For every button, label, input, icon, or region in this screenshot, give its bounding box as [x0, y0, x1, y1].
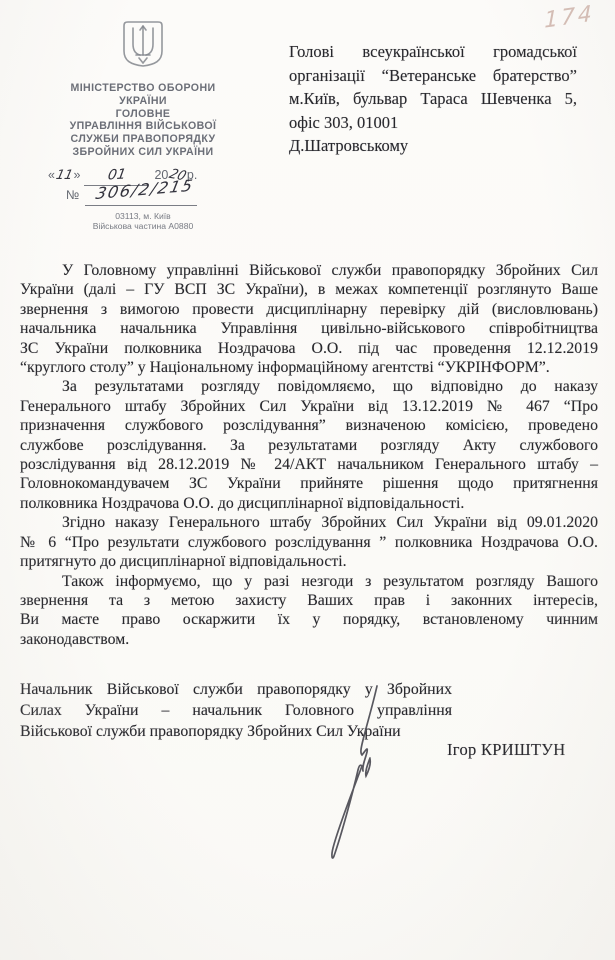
ministry-stamp: МІНІСТЕРСТВО ОБОРОНИУКРАЇНИГОЛОВНЕУПРАВЛ…: [36, 20, 250, 232]
signoff-name: Ігор КРИШТУН: [447, 740, 566, 760]
text-line: Голові всеукраїнської громадської: [289, 40, 577, 64]
text-line: звернення з вимогою провести дисциплінар…: [20, 300, 598, 319]
text-line: Згідно наказу Генерального штабу Збройни…: [20, 513, 598, 532]
text-line: Д.Шатровському: [289, 134, 577, 158]
stamp-footer: 03113, м. КиївВійськова частина А0880: [36, 211, 250, 232]
text-line: УКРАЇНИ: [36, 95, 250, 108]
stamp-org-lines: МІНІСТЕРСТВО ОБОРОНИУКРАЇНИГОЛОВНЕУПРАВЛ…: [36, 82, 250, 159]
text-line: офіс 303, 01001: [289, 111, 577, 135]
body-paragraph-1: У Головному управлінні Військової служби…: [20, 261, 598, 377]
text-line: м.Київ, бульвар Тараса Шевченка 5,: [289, 87, 577, 111]
date-quote-close: »: [74, 168, 81, 182]
date-quote-open: «: [48, 168, 55, 182]
text-line: № 6 “Про результати службового розслідув…: [20, 533, 598, 552]
text-line: Силах України – начальник Головного упра…: [20, 700, 452, 721]
text-line: Ви маєте право оскаржити їх у порядку, в…: [20, 610, 598, 629]
text-line: УПРАВЛІННЯ ВІЙСЬКОВОЇ: [36, 120, 250, 133]
text-line: За результатами розгляду повідомляємо, щ…: [20, 377, 598, 396]
addressee-block: Голові всеукраїнської громадськоїорганіз…: [289, 40, 577, 158]
text-line: “круглого столу” у Національному інформа…: [20, 358, 598, 377]
text-line: ЗС України полковника Ноздрачова О.О. пі…: [20, 339, 598, 358]
text-line: Військова частина А0880: [36, 221, 250, 232]
text-line: звернення та з метою захисту Ваших прав …: [20, 591, 598, 610]
stamp-number-line: №306/2/215: [36, 184, 250, 206]
text-line: начальника начальника Управління цивільн…: [20, 319, 598, 338]
text-line: Також інформуємо, що у разі незгоди з ре…: [20, 572, 598, 591]
text-line: полковника Ноздрачова О.О. до дисципліна…: [20, 494, 598, 513]
text-line: Начальник Військової служби правопорядку…: [20, 679, 452, 700]
text-line: службове розслідування. За результатами …: [20, 436, 598, 455]
handwritten-day: 11: [54, 166, 75, 186]
number-sign: №: [66, 188, 79, 202]
signoff-position: Начальник Військової служби правопорядку…: [20, 679, 452, 742]
text-line: організації “Ветеранське братерство”: [289, 64, 577, 88]
pencil-page-number: 174: [544, 1, 595, 33]
body-paragraph-2: За результатами розгляду повідомляємо, щ…: [20, 377, 598, 513]
ukraine-trident-icon: [122, 20, 164, 68]
text-line: законодавством.: [20, 630, 598, 649]
text-line: Генерального штабу Збройних Сил України …: [20, 397, 598, 416]
text-line: розслідування від 28.12.2019 № 24/АКТ на…: [20, 455, 598, 474]
body-paragraph-4: Також інформуємо, що у разі незгоди з ре…: [20, 572, 598, 650]
text-line: притягнуто до дисциплінарної відповідаль…: [20, 552, 598, 571]
text-line: МІНІСТЕРСТВО ОБОРОНИ: [36, 82, 250, 95]
text-line: ГОЛОВНЕ: [36, 108, 250, 121]
text-line: Головнокомандувачем ЗС України прийняте …: [20, 474, 598, 493]
text-line: призначення службового розслідування” ви…: [20, 416, 598, 435]
letter-body: У Головному управлінні Військової служби…: [20, 261, 598, 649]
text-line: Військової служби правопорядку Збройних …: [20, 721, 452, 742]
body-paragraph-3: Згідно наказу Генерального штабу Збройни…: [20, 513, 598, 571]
text-line: СЛУЖБИ ПРАВОПОРЯДКУ: [36, 133, 250, 146]
text-line: ЗБРОЙНИХ СИЛ УКРАЇНИ: [36, 146, 250, 159]
text-line: України (далі – ГУ ВСП ЗС України), в ме…: [20, 280, 598, 299]
scanned-letter-page: 174 МІНІСТЕРСТВО ОБОРОНИУКРАЇНИГОЛОВНЕУП…: [0, 0, 615, 960]
text-line: 03113, м. Київ: [36, 211, 250, 222]
text-line: У Головному управлінні Військової служби…: [20, 261, 598, 280]
